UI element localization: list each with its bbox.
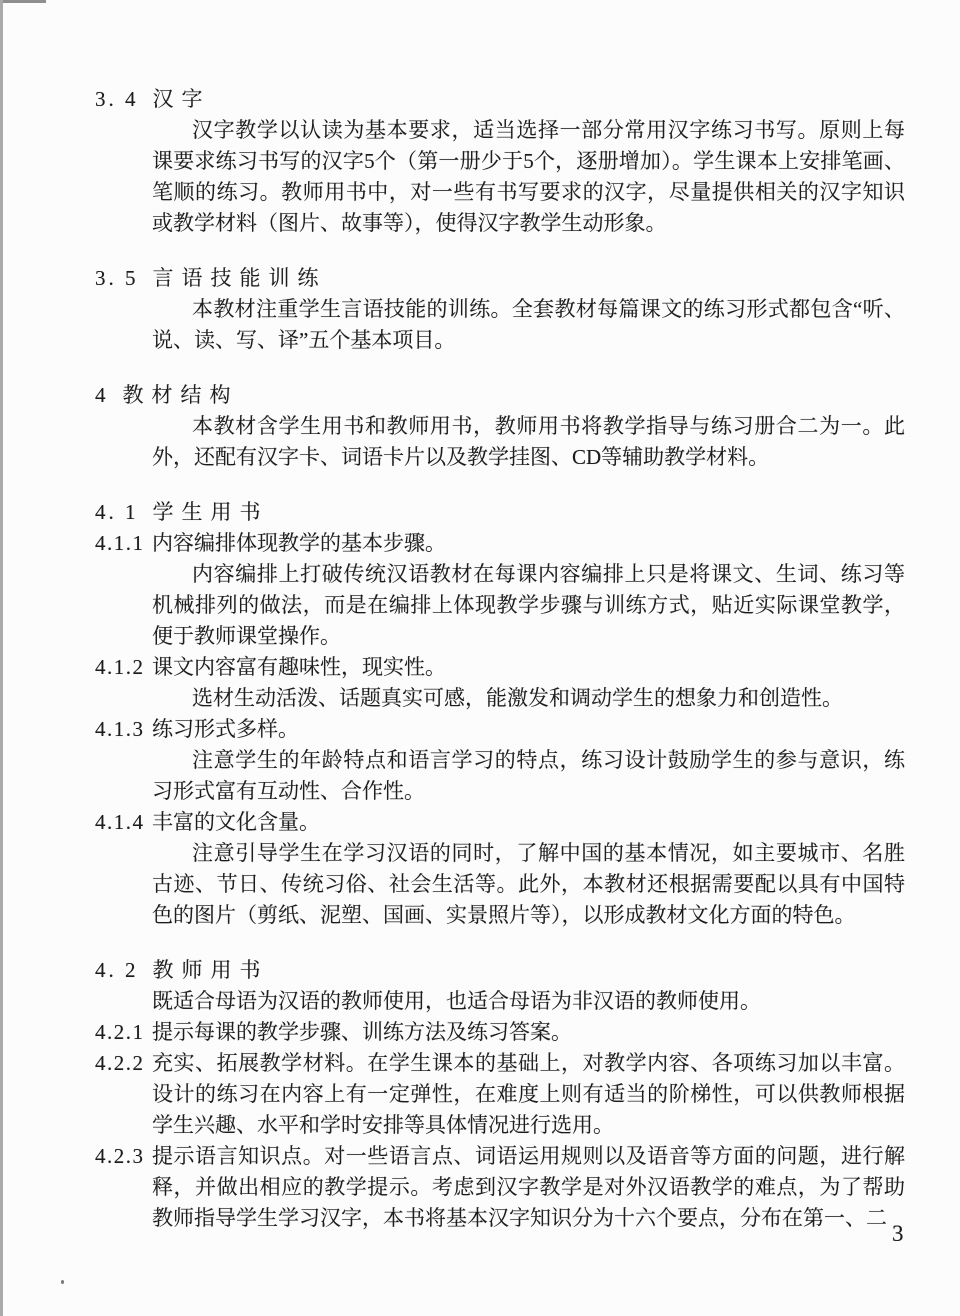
section-title: 教材结构 [123, 383, 239, 407]
paragraph: 汉字教学以认读为基本要求，适当选择一部分常用汉字练习书写。原则上每课要求练习书写… [152, 115, 905, 239]
numbered-item-4-1-3: 4.1.3 练习形式多样。 [95, 714, 905, 745]
section-title: 教师用书 [153, 958, 269, 982]
scan-speck [61, 1280, 64, 1284]
section-number: 3. 5 [95, 266, 139, 290]
section-number: 4. 2 [95, 958, 139, 982]
section-number: 4. 1 [95, 500, 139, 524]
item-text: 课文内容富有趣味性，现实性。 [152, 652, 905, 683]
paragraph: 注意学生的年龄特点和语言学习的特点，练习设计鼓励学生的参与意识，练习形式富有互动… [152, 745, 905, 807]
item-number: 4.1.2 [95, 652, 145, 683]
paragraph: 既适合母语为汉语的教师使用，也适合母语为非汉语的教师使用。 [152, 986, 905, 1017]
item-number: 4.1.1 [95, 528, 145, 559]
section-title: 言语技能训练 [153, 266, 327, 290]
item-text: 提示每课的教学步骤、训练方法及练习答案。 [152, 1017, 905, 1048]
item-number: 4.2.3 [95, 1141, 145, 1172]
section-heading-4-2: 4. 2教师用书 [95, 955, 905, 986]
item-text: 提示语言知识点。对一些语言点、词语运用规则以及语音等方面的问题，进行解释，并做出… [152, 1141, 905, 1234]
section-heading-3-4: 3. 4汉字 [95, 84, 905, 115]
item-text: 内容编排体现教学的基本步骤。 [152, 528, 905, 559]
section-heading-3-5: 3. 5言语技能训练 [95, 263, 905, 294]
scan-edge-top [0, 0, 46, 3]
numbered-item-4-2-3: 4.2.3 提示语言知识点。对一些语言点、词语运用规则以及语音等方面的问题，进行… [95, 1141, 905, 1234]
numbered-item-4-2-1: 4.2.1 提示每课的教学步骤、训练方法及练习答案。 [95, 1017, 905, 1048]
paragraph: 本教材注重学生言语技能的训练。全套教材每篇课文的练习形式都包含“听、说、读、写、… [152, 294, 905, 356]
item-text: 充实、拓展教学材料。在学生课本的基础上，对教学内容、各项练习加以丰富。设计的练习… [152, 1048, 905, 1141]
section-heading-4: 4教材结构 [95, 380, 905, 411]
paragraph: 注意引导学生在学习汉语的同时，了解中国的基本情况，如主要城市、名胜古迹、节日、传… [152, 838, 905, 931]
numbered-item-4-1-1: 4.1.1 内容编排体现教学的基本步骤。 [95, 528, 905, 559]
scan-edge-left [0, 0, 3, 1316]
section-number: 4 [95, 383, 109, 407]
section-number: 3. 4 [95, 87, 139, 111]
item-text: 练习形式多样。 [152, 714, 905, 745]
section-title: 汉字 [153, 87, 211, 111]
item-number: 4.2.2 [95, 1048, 145, 1079]
paragraph: 本教材含学生用书和教师用书，教师用书将教学指导与练习册合二为一。此外，还配有汉字… [152, 411, 905, 473]
paragraph: 选材生动活泼、话题真实可感，能激发和调动学生的想象力和创造性。 [152, 683, 905, 714]
item-text: 丰富的文化含量。 [152, 807, 905, 838]
item-number: 4.1.4 [95, 807, 145, 838]
numbered-item-4-1-4: 4.1.4 丰富的文化含量。 [95, 807, 905, 838]
document-page: 3. 4汉字 汉字教学以认读为基本要求，适当选择一部分常用汉字练习书写。原则上每… [0, 0, 960, 1316]
section-heading-4-1: 4. 1学生用书 [95, 497, 905, 528]
document-body: 3. 4汉字 汉字教学以认读为基本要求，适当选择一部分常用汉字练习书写。原则上每… [95, 84, 905, 1234]
item-number: 4.2.1 [95, 1017, 145, 1048]
section-title: 学生用书 [153, 500, 269, 524]
numbered-item-4-1-2: 4.1.2 课文内容富有趣味性，现实性。 [95, 652, 905, 683]
item-number: 4.1.3 [95, 714, 145, 745]
numbered-item-4-2-2: 4.2.2 充实、拓展教学材料。在学生课本的基础上，对教学内容、各项练习加以丰富… [95, 1048, 905, 1141]
page-number: 3 [892, 1218, 904, 1249]
paragraph: 内容编排上打破传统汉语教材在每课内容编排上只是将课文、生词、练习等机械排列的做法… [152, 559, 905, 652]
